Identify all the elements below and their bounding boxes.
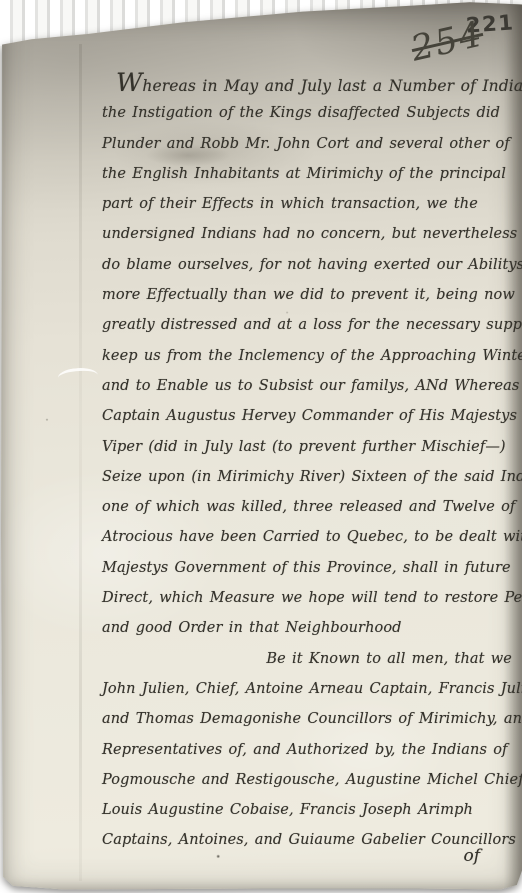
manuscript-line: Direct, which Measure we hope will tend … bbox=[102, 583, 516, 613]
fold-crease bbox=[79, 44, 82, 881]
manuscript-line: Louis Augustine Cobaise, Francis Joseph … bbox=[102, 795, 516, 825]
manuscript-line: Captains, Antoines, and Guiaume Gabelier… bbox=[102, 825, 516, 855]
paper-scratch bbox=[57, 366, 99, 387]
manuscript-line: keep us from the Inclemency of the Appro… bbox=[102, 341, 516, 371]
manuscript-photo: 221 254 Whereas in May and July last a N… bbox=[0, 0, 522, 893]
manuscript-line: greatly distressed and at a loss for the… bbox=[102, 310, 516, 340]
manuscript-line: Representatives of, and Authorized by, t… bbox=[102, 735, 516, 765]
manuscript-lines: Whereas in May and July last a Number of… bbox=[102, 68, 516, 856]
manuscript-line: part of their Effects in which transacti… bbox=[102, 189, 516, 219]
manuscript-line: Atrocious have been Carried to Quebec, t… bbox=[102, 522, 516, 552]
manuscript-line: Seize upon (in Mirimichy River) Sixteen … bbox=[102, 462, 516, 492]
manuscript-line: Majestys Government of this Province, sh… bbox=[102, 553, 516, 583]
manuscript-line: Viper (did in July last (to prevent furt… bbox=[102, 432, 516, 462]
manuscript-line: one of which was killed, three released … bbox=[102, 492, 516, 522]
manuscript-line: Pogmousche and Restigousche, Augustine M… bbox=[102, 765, 516, 795]
handwritten-page-number: 254 bbox=[408, 14, 488, 69]
manuscript-line: John Julien, Chief, Antoine Arneau Capta… bbox=[102, 674, 516, 704]
manuscript-line: undersigned Indians had no concern, but … bbox=[102, 219, 516, 249]
manuscript-line: and to Enable us to Subsist our familys,… bbox=[102, 371, 516, 401]
manuscript-line: and Thomas Demagonishe Councillors of Mi… bbox=[102, 704, 516, 734]
manuscript-line: the English Inhabitants at Mirimichy of … bbox=[102, 159, 516, 189]
manuscript-line: Be it Known to all men, that we bbox=[102, 644, 516, 674]
manuscript-line: Whereas in May and July last a Number of… bbox=[102, 68, 516, 98]
paper-wrapper: 221 254 Whereas in May and July last a N… bbox=[0, 0, 522, 893]
catchword: of bbox=[463, 846, 480, 866]
manuscript-line: and good Order in that Neighbourhood bbox=[102, 613, 516, 643]
manuscript-line: do blame ourselves, for not having exert… bbox=[102, 250, 516, 280]
manuscript-page: 221 254 Whereas in May and July last a N… bbox=[0, 0, 522, 893]
manuscript-line: Captain Augustus Hervey Commander of His… bbox=[102, 401, 516, 431]
manuscript-line: the Instigation of the Kings disaffected… bbox=[102, 98, 516, 128]
manuscript-line: Plunder and Robb Mr. John Cort and sever… bbox=[102, 129, 516, 159]
manuscript-line: more Effectually than we did to prevent … bbox=[102, 280, 516, 310]
